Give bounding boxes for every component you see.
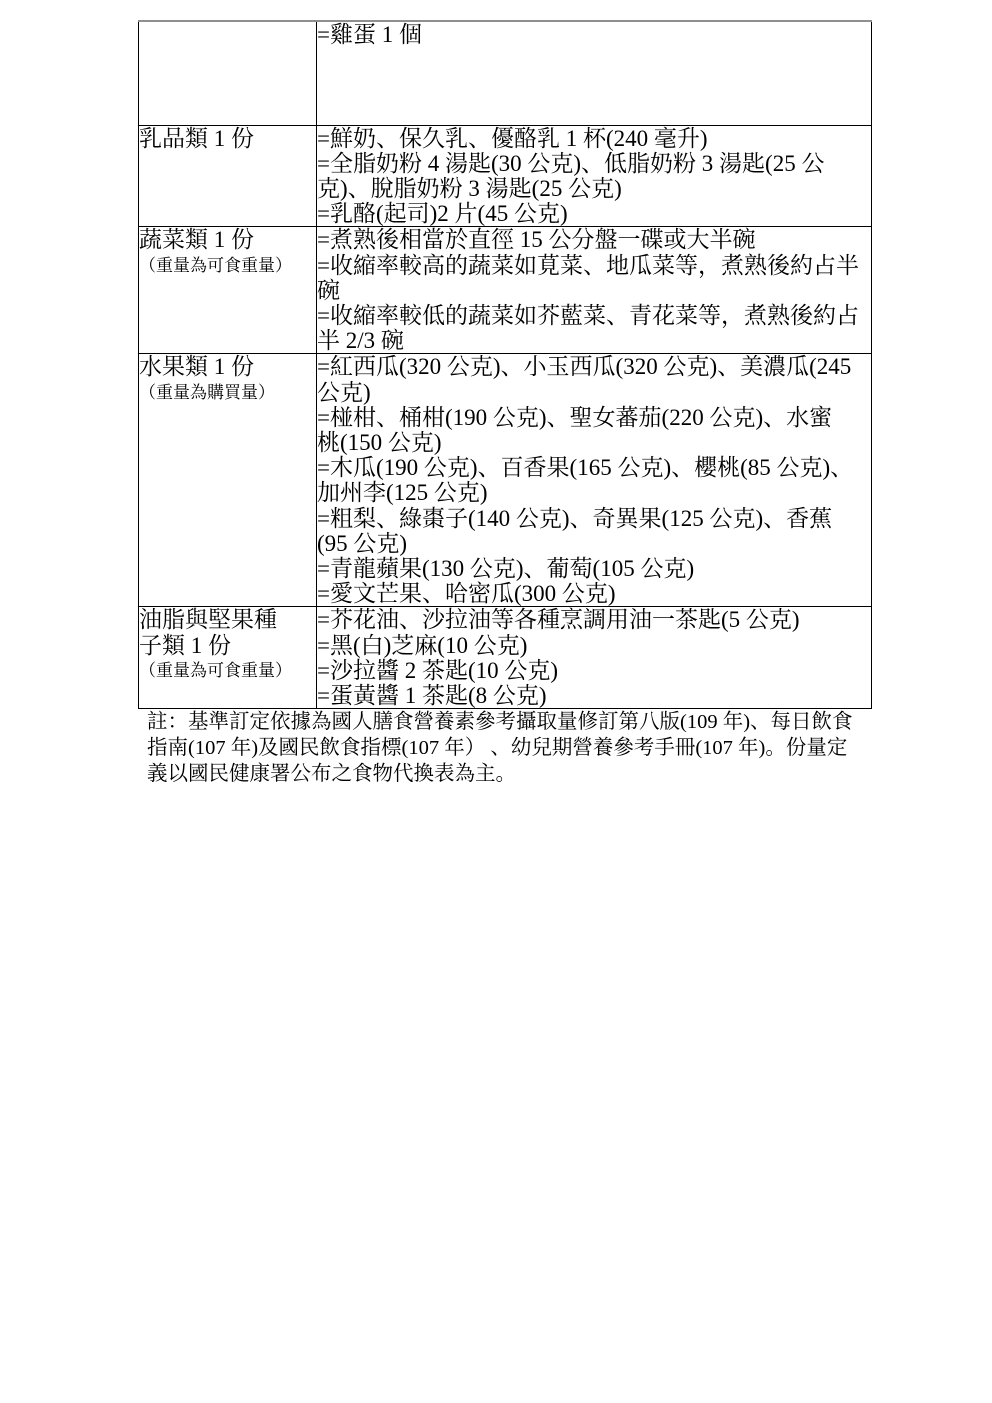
cell-content: =紅西瓜(320 公克)、小玉西瓜(320 公克)、美濃瓜(245 公克) =椪… xyxy=(317,354,872,607)
category-label: 乳品類 1 份 xyxy=(139,126,316,151)
text-line: 碗 xyxy=(317,278,871,303)
category-label: 水果類 1 份 xyxy=(139,354,316,379)
text-line: 半 2/3 碗 xyxy=(317,328,871,353)
text-line: =蛋黃醬 1 茶匙(8 公克) xyxy=(317,683,871,708)
text-line: =鮮奶、保久乳、優酪乳 1 杯(240 毫升) xyxy=(317,126,871,151)
text-line: 加州李(125 公克) xyxy=(317,480,871,505)
cell-label: 蔬菜類 1 份 （重量為可食重量） xyxy=(139,227,317,354)
text-line: 桃(150 公克) xyxy=(317,430,871,455)
text-line: =沙拉醬 2 茶匙(10 公克) xyxy=(317,658,871,683)
text-line: =乳酪(起司)2 片(45 公克) xyxy=(317,201,871,226)
text-line: =全脂奶粉 4 湯匙(30 公克)、低脂奶粉 3 湯匙(25 公 xyxy=(317,151,871,176)
category-sublabel: （重量為購買量） xyxy=(139,380,316,405)
table-row-fruits: 水果類 1 份 （重量為購買量） =紅西瓜(320 公克)、小玉西瓜(320 公… xyxy=(139,354,872,607)
category-label: 油脂與堅果種 xyxy=(139,607,316,632)
text-line: =收縮率較低的蔬菜如芥藍菜、青花菜等，煮熟後約占 xyxy=(317,303,871,328)
cell-label: 乳品類 1 份 xyxy=(139,125,317,227)
text-line: =紅西瓜(320 公克)、小玉西瓜(320 公克)、美濃瓜(245 xyxy=(317,354,871,379)
cell-content: =煮熟後相當於直徑 15 公分盤一碟或大半碗 =收縮率較高的蔬菜如莧菜、地瓜菜等… xyxy=(317,227,872,354)
text-line: =椪柑、桶柑(190 公克)、聖女蕃茄(220 公克)、水蜜 xyxy=(317,405,871,430)
footnote-line: 義以國民健康署公布之食物代換表為主。 xyxy=(147,761,907,787)
category-sublabel: （重量為可食重量） xyxy=(139,253,316,278)
cell-content: =鮮奶、保久乳、優酪乳 1 杯(240 毫升) =全脂奶粉 4 湯匙(30 公克… xyxy=(317,125,872,227)
category-label: 蔬菜類 1 份 xyxy=(139,227,316,252)
footnote-line: 指南(107 年)及國民飲食指標(107 年） 、幼兒期營養參考手冊(107 年… xyxy=(147,735,907,761)
text-line: 克)、脫脂奶粉 3 湯匙(25 公克) xyxy=(317,176,871,201)
footnote-line: 註：基準訂定依據為國人膳食營養素參考攝取量修訂第八版(109 年)、每日飲食 xyxy=(147,709,907,735)
cell-content: =雞蛋 1 個 xyxy=(317,21,872,125)
text-line: =煮熟後相當於直徑 15 公分盤一碟或大半碗 xyxy=(317,227,871,252)
cell-label: 水果類 1 份 （重量為購買量） xyxy=(139,354,317,607)
text-line: =黑(白)芝麻(10 公克) xyxy=(317,633,871,658)
text-line: =愛文芒果、哈密瓜(300 公克) xyxy=(317,581,871,606)
footnote: 註：基準訂定依據為國人膳食營養素參考攝取量修訂第八版(109 年)、每日飲食 指… xyxy=(147,709,907,788)
category-label: 子類 1 份 xyxy=(139,633,316,658)
table-row-oils-nuts-seeds: 油脂與堅果種 子類 1 份 （重量為可食重量） =芥花油、沙拉油等各種烹調用油一… xyxy=(139,607,872,709)
food-portion-table: =雞蛋 1 個 乳品類 1 份 =鮮奶、保久乳、優酪乳 1 杯(240 毫升) … xyxy=(138,20,872,709)
text-line: =粗梨、綠棗子(140 公克)、奇異果(125 公克)、香蕉 xyxy=(317,506,871,531)
text-line: =青龍蘋果(130 公克)、葡萄(105 公克) xyxy=(317,556,871,581)
table-row-egg-continued: =雞蛋 1 個 xyxy=(139,21,872,125)
text-line: =收縮率較高的蔬菜如莧菜、地瓜菜等，煮熟後約占半 xyxy=(317,253,871,278)
text-line: 公克) xyxy=(317,380,871,405)
text-line: =芥花油、沙拉油等各種烹調用油一茶匙(5 公克) xyxy=(317,607,871,632)
text-line: =雞蛋 1 個 xyxy=(317,22,871,47)
text-line: =木瓜(190 公克)、百香果(165 公克)、櫻桃(85 公克)、 xyxy=(317,455,871,480)
table-row-dairy: 乳品類 1 份 =鮮奶、保久乳、優酪乳 1 杯(240 毫升) =全脂奶粉 4 … xyxy=(139,125,872,227)
cell-label: 油脂與堅果種 子類 1 份 （重量為可食重量） xyxy=(139,607,317,709)
text-line: (95 公克) xyxy=(317,531,871,556)
cell-label xyxy=(139,21,317,125)
document-page: =雞蛋 1 個 乳品類 1 份 =鮮奶、保久乳、優酪乳 1 杯(240 毫升) … xyxy=(0,0,992,1403)
table-row-vegetables: 蔬菜類 1 份 （重量為可食重量） =煮熟後相當於直徑 15 公分盤一碟或大半碗… xyxy=(139,227,872,354)
cell-content: =芥花油、沙拉油等各種烹調用油一茶匙(5 公克) =黑(白)芝麻(10 公克) … xyxy=(317,607,872,709)
category-sublabel: （重量為可食重量） xyxy=(139,658,316,683)
